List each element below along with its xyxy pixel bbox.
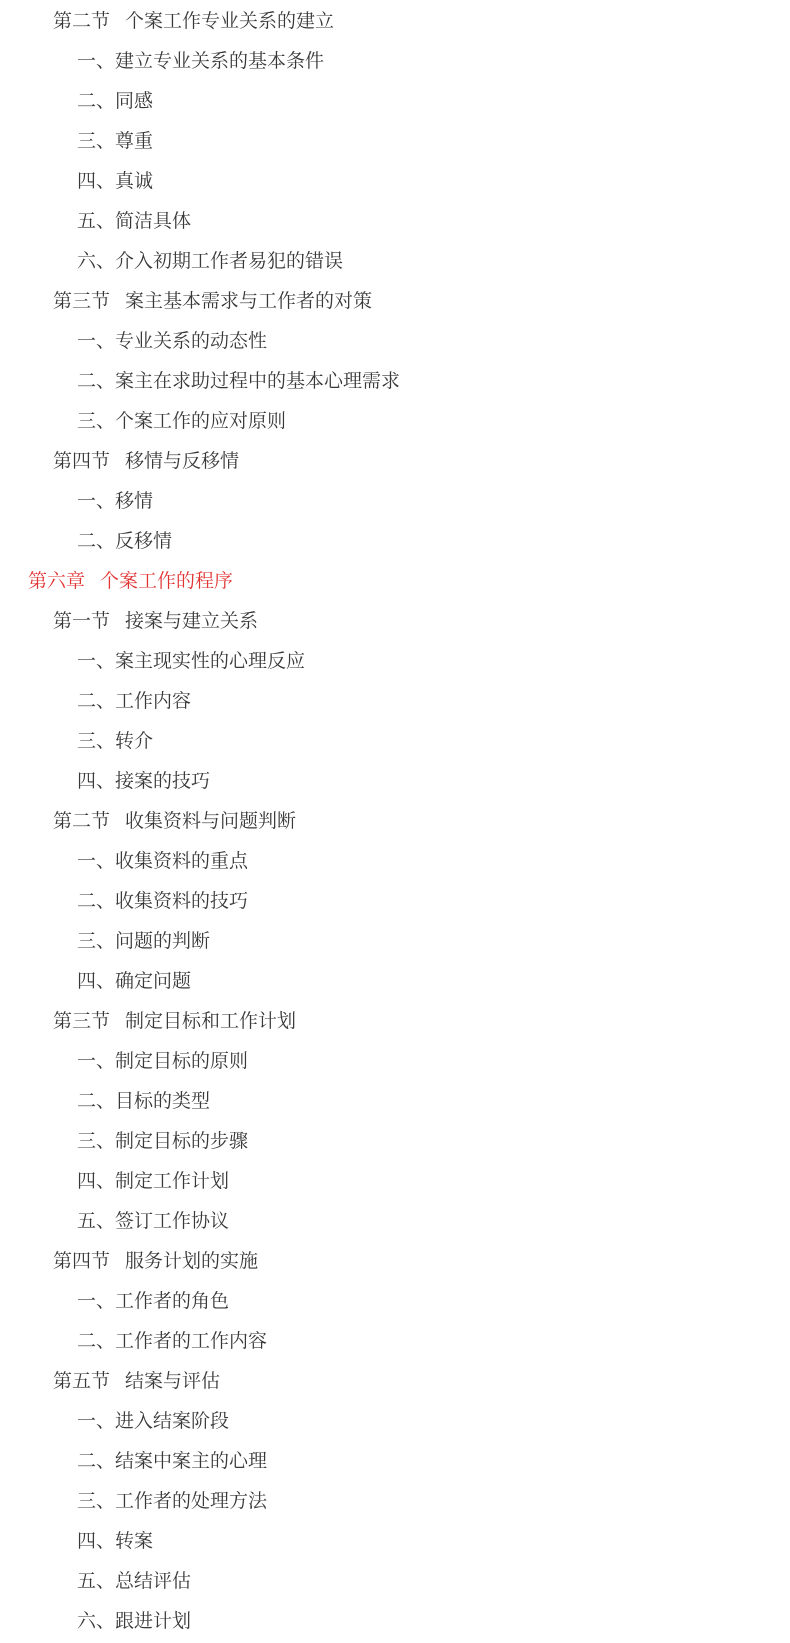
- toc-entry-title: 接案与建立关系: [125, 611, 258, 632]
- toc-entry-item[interactable]: 二、工作者的工作内容: [0, 1322, 790, 1362]
- toc-entry-title: 三、问题的判断: [77, 931, 210, 952]
- toc-entry-item[interactable]: 五、总结评估: [0, 1562, 790, 1602]
- toc-entry-item[interactable]: 一、进入结案阶段: [0, 1402, 790, 1442]
- toc-entry-number: 第三节: [53, 282, 110, 322]
- toc-entry-number: 第一节: [53, 602, 110, 642]
- toc-entry-title: 二、反移情: [77, 531, 172, 552]
- toc-entry-item[interactable]: 三、尊重: [0, 122, 790, 162]
- toc-entry-title: 四、制定工作计划: [77, 1171, 229, 1192]
- toc-entry-section[interactable]: 第二节个案工作专业关系的建立: [0, 2, 790, 42]
- toc-entry-item[interactable]: 二、收集资料的技巧: [0, 882, 790, 922]
- toc-entry-item[interactable]: 一、建立专业关系的基本条件: [0, 42, 790, 82]
- toc-entry-title: 二、目标的类型: [77, 1091, 210, 1112]
- toc-entry-chapter[interactable]: 第六章个案工作的程序: [0, 562, 790, 602]
- toc-entry-item[interactable]: 二、目标的类型: [0, 1082, 790, 1122]
- toc-entry-item[interactable]: 六、介入初期工作者易犯的错误: [0, 242, 790, 282]
- toc-entry-item[interactable]: 二、工作内容: [0, 682, 790, 722]
- toc-entry-title: 六、介入初期工作者易犯的错误: [77, 251, 343, 272]
- toc-entry-item[interactable]: 一、工作者的角色: [0, 1282, 790, 1322]
- toc-entry-title: 制定目标和工作计划: [125, 1011, 296, 1032]
- toc-entry-item[interactable]: 二、同感: [0, 82, 790, 122]
- toc-entry-item[interactable]: 三、转介: [0, 722, 790, 762]
- toc-entry-title: 二、同感: [77, 91, 153, 112]
- toc-entry-title: 四、确定问题: [77, 971, 191, 992]
- toc-entry-section[interactable]: 第三节制定目标和工作计划: [0, 1002, 790, 1042]
- toc-entry-title: 一、专业关系的动态性: [77, 331, 267, 352]
- toc-entry-title: 三、制定目标的步骤: [77, 1131, 248, 1152]
- toc-entry-title: 三、转介: [77, 731, 153, 752]
- toc-entry-item[interactable]: 三、个案工作的应对原则: [0, 402, 790, 442]
- toc-entry-title: 五、总结评估: [77, 1571, 191, 1592]
- toc-entry-item[interactable]: 四、确定问题: [0, 962, 790, 1002]
- toc-entry-title: 四、真诚: [77, 171, 153, 192]
- toc-entry-title: 一、进入结案阶段: [77, 1411, 229, 1432]
- toc-entry-title: 一、移情: [77, 491, 153, 512]
- toc-entry-title: 一、案主现实性的心理反应: [77, 651, 305, 672]
- toc-entry-number: 第六章: [28, 562, 85, 602]
- toc-entry-item[interactable]: 六、跟进计划: [0, 1602, 790, 1642]
- toc-entry-title: 二、结案中案主的心理: [77, 1451, 267, 1472]
- toc-entry-title: 结案与评估: [125, 1371, 220, 1392]
- toc-entry-number: 第二节: [53, 802, 110, 842]
- toc-entry-item[interactable]: 一、案主现实性的心理反应: [0, 642, 790, 682]
- toc-entry-title: 移情与反移情: [125, 451, 239, 472]
- toc-entry-item[interactable]: 四、转案: [0, 1522, 790, 1562]
- toc-entry-number: 第四节: [53, 442, 110, 482]
- toc-entry-title: 个案工作专业关系的建立: [125, 11, 334, 32]
- toc-entry-number: 第四节: [53, 1242, 110, 1282]
- toc-entry-section[interactable]: 第五节结案与评估: [0, 1362, 790, 1402]
- toc-entry-number: 第五节: [53, 1362, 110, 1402]
- toc-entry-section[interactable]: 第二节收集资料与问题判断: [0, 802, 790, 842]
- toc-entry-section[interactable]: 第三节案主基本需求与工作者的对策: [0, 282, 790, 322]
- table-of-contents: 第二节个案工作专业关系的建立一、建立专业关系的基本条件二、同感三、尊重四、真诚五…: [0, 0, 790, 1642]
- toc-entry-item[interactable]: 四、制定工作计划: [0, 1162, 790, 1202]
- toc-entry-item[interactable]: 一、收集资料的重点: [0, 842, 790, 882]
- toc-entry-title: 五、签订工作协议: [77, 1211, 229, 1232]
- toc-entry-item[interactable]: 一、制定目标的原则: [0, 1042, 790, 1082]
- toc-entry-section[interactable]: 第一节接案与建立关系: [0, 602, 790, 642]
- toc-entry-title: 一、工作者的角色: [77, 1291, 229, 1312]
- toc-entry-item[interactable]: 二、结案中案主的心理: [0, 1442, 790, 1482]
- toc-entry-title: 个案工作的程序: [100, 571, 233, 592]
- toc-entry-item[interactable]: 五、签订工作协议: [0, 1202, 790, 1242]
- toc-entry-title: 案主基本需求与工作者的对策: [125, 291, 372, 312]
- toc-entry-item[interactable]: 三、问题的判断: [0, 922, 790, 962]
- toc-entry-section[interactable]: 第四节服务计划的实施: [0, 1242, 790, 1282]
- toc-entry-item[interactable]: 二、反移情: [0, 522, 790, 562]
- toc-entry-title: 四、转案: [77, 1531, 153, 1552]
- toc-entry-title: 四、接案的技巧: [77, 771, 210, 792]
- toc-entry-title: 二、工作者的工作内容: [77, 1331, 267, 1352]
- toc-entry-number: 第二节: [53, 2, 110, 42]
- toc-entry-title: 二、收集资料的技巧: [77, 891, 248, 912]
- toc-entry-title: 一、建立专业关系的基本条件: [77, 51, 324, 72]
- toc-entry-title: 一、制定目标的原则: [77, 1051, 248, 1072]
- toc-entry-item[interactable]: 四、接案的技巧: [0, 762, 790, 802]
- toc-entry-number: 第三节: [53, 1002, 110, 1042]
- toc-entry-section[interactable]: 第四节移情与反移情: [0, 442, 790, 482]
- toc-entry-title: 一、收集资料的重点: [77, 851, 248, 872]
- toc-entry-title: 服务计划的实施: [125, 1251, 258, 1272]
- toc-entry-item[interactable]: 五、简洁具体: [0, 202, 790, 242]
- toc-entry-title: 六、跟进计划: [77, 1611, 191, 1632]
- toc-entry-item[interactable]: 一、移情: [0, 482, 790, 522]
- toc-entry-item[interactable]: 一、专业关系的动态性: [0, 322, 790, 362]
- toc-entry-title: 三、工作者的处理方法: [77, 1491, 267, 1512]
- toc-entry-title: 五、简洁具体: [77, 211, 191, 232]
- toc-entry-title: 三、个案工作的应对原则: [77, 411, 286, 432]
- toc-entry-item[interactable]: 四、真诚: [0, 162, 790, 202]
- toc-entry-item[interactable]: 三、工作者的处理方法: [0, 1482, 790, 1522]
- toc-entry-item[interactable]: 三、制定目标的步骤: [0, 1122, 790, 1162]
- toc-entry-title: 二、案主在求助过程中的基本心理需求: [77, 371, 400, 392]
- toc-entry-title: 收集资料与问题判断: [125, 811, 296, 832]
- toc-entry-title: 三、尊重: [77, 131, 153, 152]
- toc-entry-title: 二、工作内容: [77, 691, 191, 712]
- toc-entry-item[interactable]: 二、案主在求助过程中的基本心理需求: [0, 362, 790, 402]
